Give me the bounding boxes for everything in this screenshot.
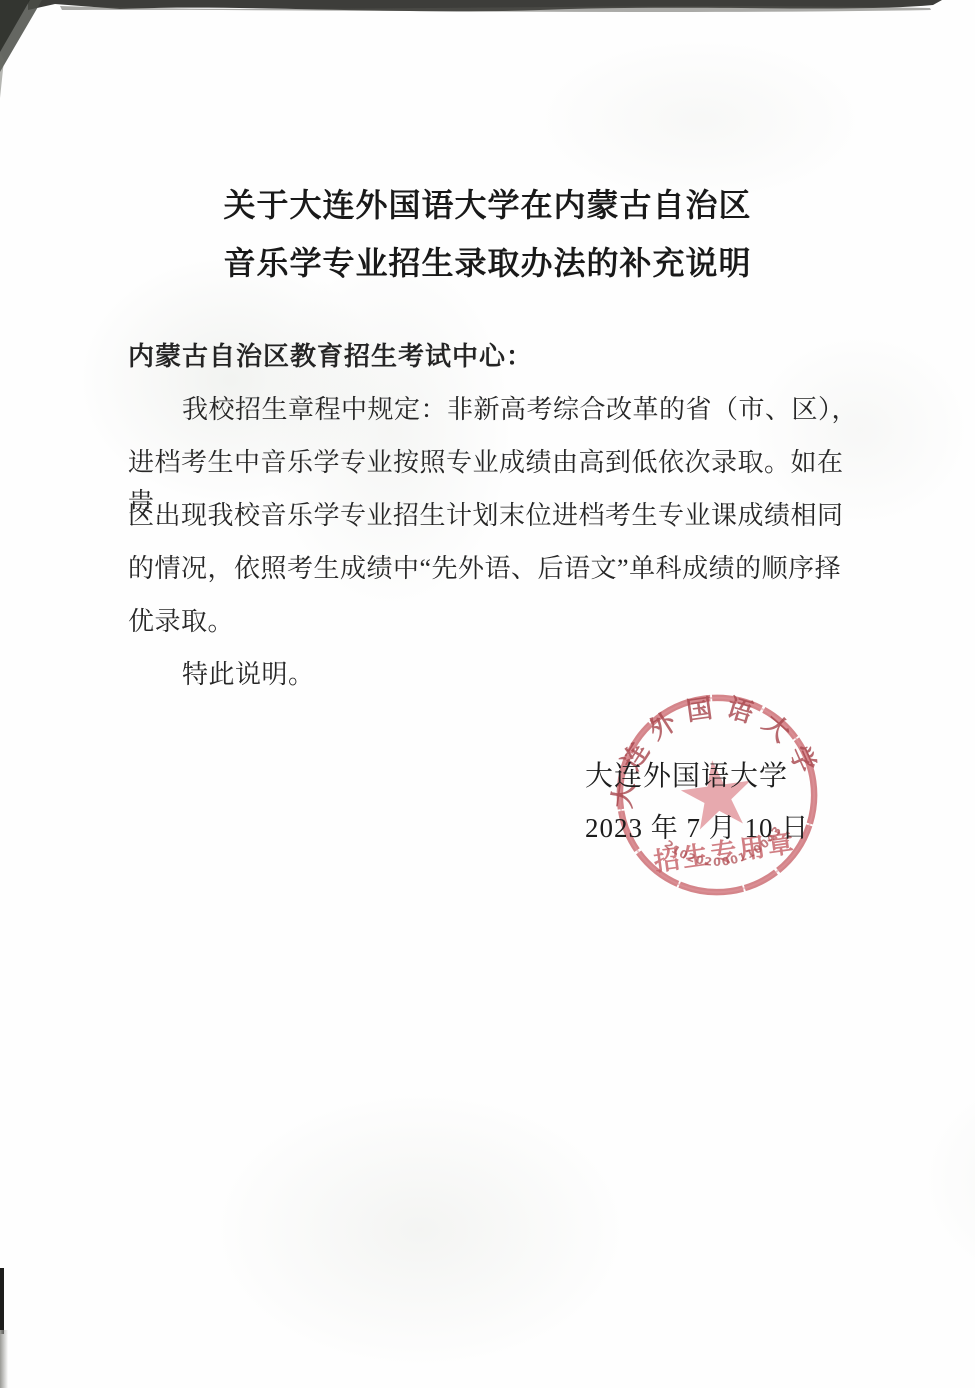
scan-corner-wedge-artifact <box>0 0 60 100</box>
document-title: 关于大连外国语大学在内蒙古自治区 音乐学专业招生录取办法的补充说明 <box>0 176 975 292</box>
body-line: 优录取。 <box>128 602 868 655</box>
body-text: 我校招生章程中规定：非新高考综合改革的省（市、区）， 进档考生中音乐学专业按照专… <box>128 390 868 708</box>
body-line: 我校招生章程中规定：非新高考综合改革的省（市、区）， <box>128 390 868 443</box>
body-line: 进档考生中音乐学专业按照专业成绩由高到低依次录取。如在贵 <box>128 443 868 496</box>
document-title-line2: 音乐学专业招生录取办法的补充说明 <box>0 234 975 292</box>
salutation: 内蒙古自治区教育招生考试中心： <box>128 336 533 373</box>
signature-organization: 大连外国语大学 <box>585 754 788 794</box>
body-line: 区出现我校音乐学专业招生计划末位进档考生专业课成绩相同 <box>128 496 868 549</box>
scanned-document-page: 关于大连外国语大学在内蒙古自治区 音乐学专业招生录取办法的补充说明 内蒙古自治区… <box>0 0 975 1388</box>
official-seal-stamp: 大连外国语大学 招生专用章 210202000110043 <box>592 670 843 921</box>
scan-top-edge-artifact <box>0 0 975 20</box>
scan-bottom-left-smudge <box>0 1330 9 1388</box>
body-line: 的情况，依照考生成绩中“先外语、后语文”单科成绩的顺序择 <box>128 549 868 602</box>
scan-left-edge-artifact <box>0 1268 4 1334</box>
document-title-line1: 关于大连外国语大学在内蒙古自治区 <box>0 176 975 234</box>
signature-date: 2023 年 7 月 10 日 <box>585 806 809 845</box>
